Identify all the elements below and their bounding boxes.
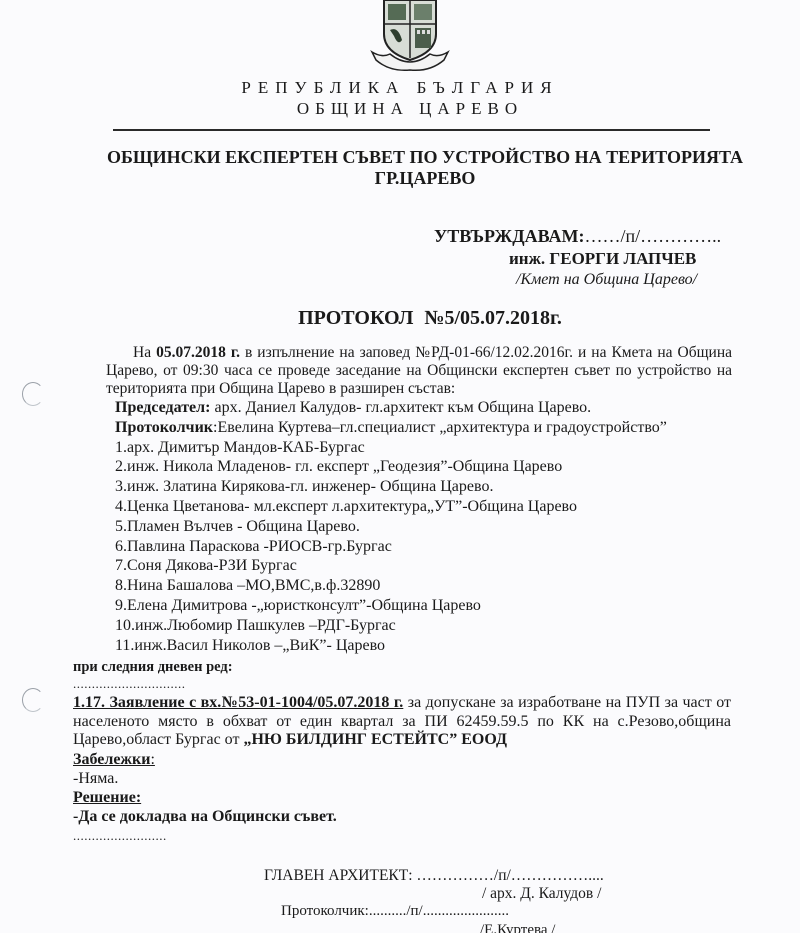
approval-signature: ……/п/…………..	[584, 226, 721, 246]
coat-of-arms-icon	[368, 0, 452, 72]
member-item: 8.Нина Башалова –МО,ВМС,в.ф.32890	[115, 576, 735, 596]
approval-line: УТВЪРЖДАВАМ:……/п/…………..	[434, 226, 721, 247]
end-dots: .........................	[73, 826, 337, 845]
municipality-title: ОБЩИНА ЦАРЕВО	[0, 99, 800, 119]
agenda-item-number: 1.17. Заявление с вх.№53-01-1004/05.07.2…	[73, 694, 403, 711]
secretary-line: Протоколчик:Евелина Куртева–гл.специалис…	[115, 418, 735, 438]
member-item: 1.арх. Димитър Мандов-КАБ-Бургас	[115, 438, 735, 458]
chief-architect-signature: ГЛАВЕН АРХИТЕКТ: ……………/п/……………....	[264, 867, 604, 885]
chair-label: Председател:	[115, 399, 210, 416]
chair-line: Председател: арх. Даниел Калудов- гл.арх…	[115, 398, 735, 418]
member-item: 7.Соня Дякова-РЗИ Бургас	[115, 556, 735, 576]
header-divider	[113, 129, 710, 131]
members-list: Председател: арх. Даниел Калудов- гл.арх…	[115, 398, 735, 655]
approval-label: УТВЪРЖДАВАМ:	[434, 226, 584, 246]
decision-label: Решение:	[73, 788, 337, 807]
notes-section: Забележки: -Няма. Решение: -Да се доклад…	[73, 750, 337, 845]
council-heading-line2: ГР.ЦАРЕВО	[50, 168, 800, 189]
punch-hole	[22, 382, 44, 406]
member-item: 5.Пламен Вълчев - Община Царево.	[115, 517, 735, 537]
agenda-item: 1.17. Заявление с вх.№53-01-1004/05.07.2…	[73, 694, 731, 750]
intro-paragraph: На 05.07.2018 г. в изпълнение на заповед…	[106, 344, 732, 398]
mayor-name: инж. ГЕОРГИ ЛАПЧЕВ	[509, 249, 696, 269]
intro-date: 05.07.2018 г.	[156, 344, 240, 361]
chair-name: арх. Даниел Калудов- гл.архитект към Общ…	[210, 399, 591, 416]
council-heading: ОБЩИНСКИ ЕКСПЕРТЕН СЪВЕТ ПО УСТРОЙСТВО Н…	[0, 147, 800, 189]
agenda-item-applicant: „НЮ БИЛДИНГ ЕСТЕЙТС” ЕООД	[243, 731, 507, 748]
intro-prefix: На	[133, 344, 156, 361]
council-heading-line1: ОБЩИНСКИ ЕКСПЕРТЕН СЪВЕТ ПО УСТРОЙСТВО Н…	[50, 147, 800, 168]
member-item: 6.Павлина Параскова -РИОСВ-гр.Бургас	[115, 537, 735, 557]
notes-label: Забележки	[73, 751, 150, 768]
notes-text: -Няма.	[73, 769, 337, 788]
secretary-label: Протоколчик	[115, 419, 213, 436]
secretary-name: :Евелина Куртева–гл.специалист „архитект…	[213, 419, 667, 436]
protocol-title: ПРОТОКОЛ №5/05.07.2018г.	[0, 307, 800, 330]
mayor-role: /Кмет на Община Царево/	[516, 271, 697, 289]
member-item: 3.инж. Златина Кирякова-гл. инженер- Общ…	[115, 477, 735, 497]
secretary-signature: Протоколчик:........../п/...............…	[281, 903, 509, 920]
agenda-dots: ..............................	[73, 676, 186, 692]
secretary-signature-name: /Е.Куртева /	[480, 922, 555, 933]
member-item: 10.инж.Любомир Пашкулев –РДГ-Бургас	[115, 616, 735, 636]
member-item: 4.Ценка Цветанова- мл.експерт л.архитект…	[115, 497, 735, 517]
member-item: 11.инж.Васил Николов –„ВиК”- Царево	[115, 636, 735, 656]
notes-colon: :	[150, 751, 154, 768]
member-item: 9.Елена Димитрова -„юристконсулт”-Община…	[115, 596, 735, 616]
republic-title: РЕПУБЛИКА БЪЛГАРИЯ	[0, 78, 800, 98]
agenda-label: при следния дневен ред:	[73, 659, 233, 676]
decision-text: -Да се докладва на Общински съвет.	[73, 807, 337, 826]
punch-hole	[22, 688, 44, 712]
chief-architect-name: / арх. Д. Калудов /	[482, 885, 601, 903]
member-item: 2.инж. Никола Младенов- гл. експерт „Гео…	[115, 457, 735, 477]
